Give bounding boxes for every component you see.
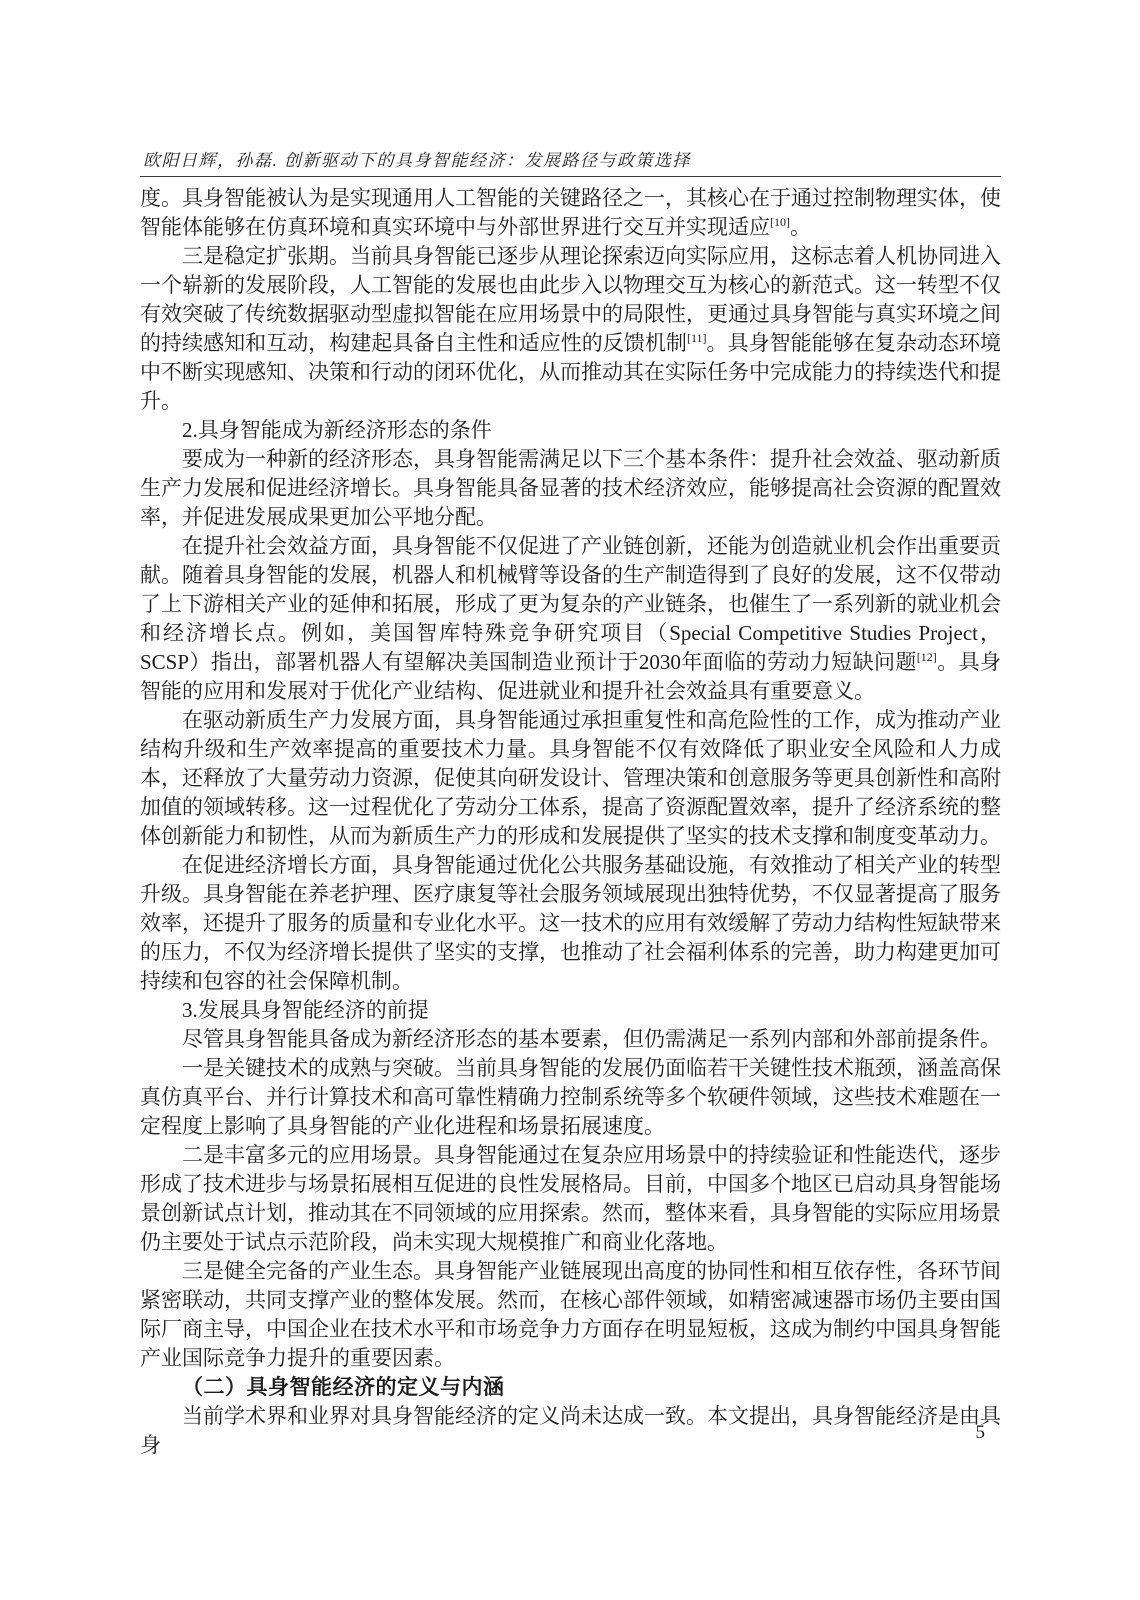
subsection-heading-2: 2.具身智能成为新经济形态的条件 (140, 416, 1001, 445)
paragraph: 三是稳定扩张期。当前具身智能已逐步从理论探索迈向实际应用，这标志着人机协同进入一… (140, 242, 1001, 416)
article-body: 度。具身智能被认为是实现通用人工智能的关键路径之一，其核心在于通过控制物理实体，… (140, 184, 1001, 1460)
page-number: 5 (140, 1422, 985, 1444)
citation-ref-10: [10] (770, 215, 790, 229)
paragraph: 在提升社会效益方面，具身智能不仅促进了产业链创新，还能为创造就业机会作出重要贡献… (140, 532, 1001, 706)
header-rule (140, 176, 1001, 177)
paragraph-continuation: 度。具身智能被认为是实现通用人工智能的关键路径之一，其核心在于通过控制物理实体，… (140, 184, 1001, 242)
paragraph: 尽管具身智能具备成为新经济形态的基本要素，但仍需满足一系列内部和外部前提条件。 (140, 1025, 1001, 1054)
paper-page: 欧阳日辉，孙磊. 创新驱动下的具身智能经济：发展路径与政策选择 度。具身智能被认… (0, 0, 1140, 1600)
running-header: 欧阳日辉，孙磊. 创新驱动下的具身智能经济：发展路径与政策选择 (143, 146, 1003, 171)
subsection-heading-3: 3.发展具身智能经济的前提 (140, 996, 1001, 1025)
citation-ref-12: [12] (917, 650, 937, 664)
paragraph: 在驱动新质生产力发展方面，具身智能通过承担重复性和高危险性的工作，成为推动产业结… (140, 706, 1001, 851)
citation-ref-11: [11] (687, 331, 707, 345)
paragraph-text: 度。具身智能被认为是实现通用人工智能的关键路径之一，其核心在于通过控制物理实体，… (140, 186, 1001, 239)
paragraph-text: 。 (790, 215, 811, 239)
paragraph: 在促进经济增长方面，具身智能通过优化公共服务基础设施，有效推动了相关产业的转型升… (140, 851, 1001, 996)
paragraph-text: 在提升社会效益方面，具身智能不仅促进了产业链创新，还能为创造就业机会作出重要贡献… (140, 534, 1001, 674)
section-heading-definition: （二）具身智能经济的定义与内涵 (140, 1373, 1001, 1402)
paragraph: 三是健全完备的产业生态。具身智能产业链展现出高度的协同性和相互依存性，各环节间紧… (140, 1257, 1001, 1373)
paragraph: 二是丰富多元的应用场景。具身智能通过在复杂应用场景中的持续验证和性能迭代，逐步形… (140, 1141, 1001, 1257)
paragraph: 一是关键技术的成熟与突破。当前具身智能的发展仍面临若干关键性技术瓶颈，涵盖高保真… (140, 1054, 1001, 1141)
paragraph: 要成为一种新的经济形态，具身智能需满足以下三个基本条件：提升社会效益、驱动新质生… (140, 445, 1001, 532)
